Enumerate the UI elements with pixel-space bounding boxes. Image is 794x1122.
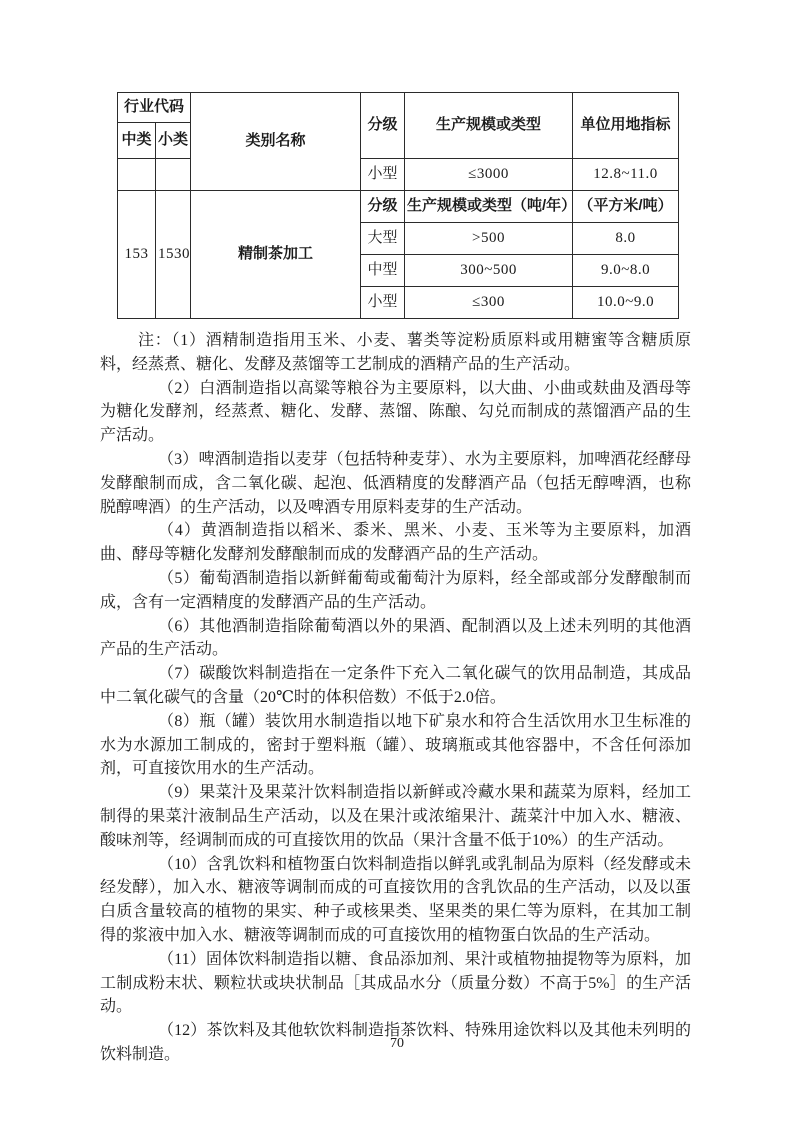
carryover-scale: ≤3000 — [405, 159, 573, 191]
cell-category-name: 精制茶加工 — [191, 191, 361, 319]
note-item-8: （8）瓶（罐）装饮用水制造指以地下矿泉水和符合生活饮用水卫生标准的水为水源加工制… — [100, 710, 691, 781]
carryover-grade: 小型 — [361, 159, 405, 191]
header-category-name: 类别名称 — [191, 93, 361, 191]
cell-grade: 大型 — [361, 223, 405, 255]
notes-section: 注：（1）酒精制造指用玉米、小麦、薯类等淀粉质原料或用糖蜜等含糖质原料，经蒸煮、… — [100, 329, 691, 1067]
notes-label: 注： — [138, 332, 172, 349]
note-number: （3） — [158, 451, 198, 468]
header-mid-class: 中类 — [118, 123, 156, 159]
note-number: （1） — [172, 332, 206, 349]
note-item-9: （9）果菜汁及果菜汁饮料制造指以新鲜或冷藏水果和蔬菜为原料，经加工制得的果菜汁液… — [100, 781, 691, 852]
note-item-10: （10）含乳饮料和植物蛋白饮料制造指以鲜乳或乳制品为原料（经发酵或未经发酵），加… — [100, 853, 691, 948]
header-grade: 分级 — [361, 93, 405, 159]
table-header-row-1: 行业代码 类别名称 分级 生产规模或类型 单位用地指标 — [118, 93, 679, 123]
cell-indicator: 9.0~8.0 — [573, 255, 679, 287]
page-number: 70 — [0, 1036, 794, 1052]
note-number: （4） — [158, 522, 201, 539]
note-number: （6） — [158, 618, 199, 635]
cell-indicator: 10.0~9.0 — [573, 287, 679, 319]
document-page: 行业代码 类别名称 分级 生产规模或类型 单位用地指标 中类 小类 小型 ≤30… — [0, 0, 794, 1122]
note-item-3: （3）啤酒制造指以麦芽（包括特种麦芽）、水为主要原料，加啤酒花经酵母发酵酿制而成… — [100, 448, 691, 519]
note-number: （10） — [158, 856, 206, 873]
section-subheader-row: 153 1530 精制茶加工 分级 生产规模或类型（吨/年） （平方米/吨） — [118, 191, 679, 223]
note-item-5: （5）葡萄酒制造指以新鲜葡萄或葡萄汁为原料，经全部或部分发酵酿制而成，含有一定酒… — [100, 567, 691, 615]
note-item-4: （4）黄酒制造指以稻米、黍米、黑米、小麦、玉米等为主要原料，加酒曲、酵母等糖化发… — [100, 519, 691, 567]
note-number: （5） — [158, 570, 199, 587]
header-land-indicator: 单位用地指标 — [573, 93, 679, 159]
note-number: （9） — [158, 784, 199, 801]
cell-indicator: 8.0 — [573, 223, 679, 255]
note-number: （11） — [158, 951, 206, 968]
cell-scale: 300~500 — [405, 255, 573, 287]
subheader-indicator: （平方米/吨） — [573, 191, 679, 223]
note-number: （7） — [158, 665, 199, 682]
note-number: （2） — [158, 380, 199, 397]
cell-grade: 中型 — [361, 255, 405, 287]
cell-scale: >500 — [405, 223, 573, 255]
cell-grade: 小型 — [361, 287, 405, 319]
header-industry-code: 行业代码 — [118, 93, 191, 123]
cell-mid-class-code: 153 — [118, 191, 156, 319]
cell-scale: ≤300 — [405, 287, 573, 319]
header-small-class: 小类 — [156, 123, 191, 159]
note-item-2: （2）白酒制造指以高粱等粮谷为主要原料，以大曲、小曲或麸曲及酒母等为糖化发酵剂，… — [100, 377, 691, 448]
carryover-indicator: 12.8~11.0 — [573, 159, 679, 191]
empty-cell — [118, 159, 156, 191]
note-item-6: （6）其他酒制造指除葡萄酒以外的果酒、配制酒以及上述未列明的其他酒产品的生产活动… — [100, 615, 691, 663]
note-item-11: （11）固体饮料制造指以糖、食品添加剂、果汁或植物抽提物等为原料，加工制成粉末状… — [100, 948, 691, 1019]
subheader-grade: 分级 — [361, 191, 405, 223]
note-number: （8） — [158, 713, 199, 730]
header-scale: 生产规模或类型 — [405, 93, 573, 159]
note-item-7: （7）碳酸饮料制造指在一定条件下充入二氧化碳气的饮用品制造，其成品中二氧化碳气的… — [100, 662, 691, 710]
land-use-indicator-table: 行业代码 类别名称 分级 生产规模或类型 单位用地指标 中类 小类 小型 ≤30… — [117, 92, 679, 319]
cell-small-class-code: 1530 — [156, 191, 191, 319]
subheader-scale: 生产规模或类型（吨/年） — [405, 191, 573, 223]
note-item-1: 注：（1）酒精制造指用玉米、小麦、薯类等淀粉质原料或用糖蜜等含糖质原料，经蒸煮、… — [100, 329, 691, 377]
empty-cell — [156, 159, 191, 191]
